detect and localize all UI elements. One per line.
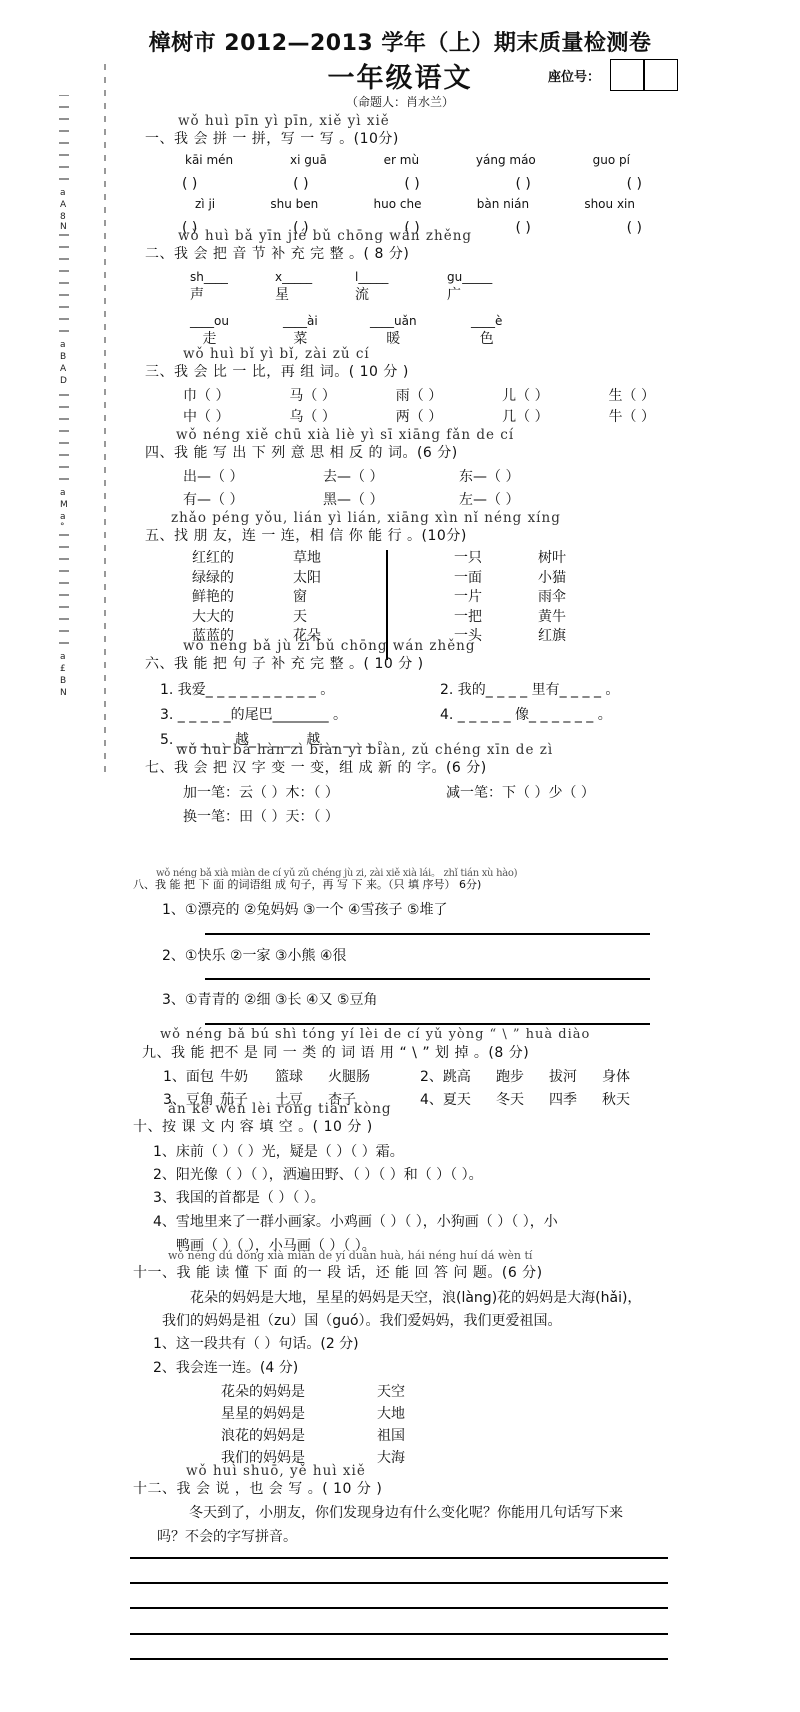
- q10-pinyin: àn kè wén lèi róng tián kòng: [168, 1101, 392, 1117]
- svg-text:B: B: [60, 676, 66, 686]
- q5-left-col-a: 红红的 绿绿的 鲜艳的 大大的 蓝蓝的: [192, 549, 234, 647]
- q5-left-col-b: 草地 太阳 窗 天 花朵: [293, 549, 321, 647]
- q4-item[interactable]: 出—（ ）: [183, 466, 323, 486]
- q12-pinyin: wǒ huì shuō, yě huì xiě: [186, 1463, 366, 1479]
- q1-answer-row-1: ( ) ( ) ( ) ( ) ( ): [182, 176, 642, 192]
- match-item[interactable]: 浪花的妈妈是: [221, 1425, 305, 1447]
- svg-text:°: °: [60, 522, 65, 532]
- q2-item: sh____声: [190, 270, 228, 304]
- q2-item: x_____星: [275, 270, 312, 304]
- svg-text:N: N: [60, 222, 67, 232]
- match-item[interactable]: 黄牛: [538, 608, 566, 628]
- svg-text:N: N: [60, 688, 67, 698]
- q6-item-2[interactable]: 2. 我的_ _ _ _ 里有_ _ _ _ 。: [440, 679, 619, 699]
- q1-word: yáng máo: [476, 153, 536, 167]
- match-item[interactable]: 太阳: [293, 569, 321, 589]
- binding-dash-lines: aA8N aBAD aMa° a£BN: [55, 95, 75, 715]
- q5-heading: 五、找 朋 友，连 一 连，相 信 你 能 行 。(10分): [145, 525, 467, 545]
- seat-number-label: 座位号：: [548, 66, 600, 85]
- q9-pinyin: wǒ néng bǎ bú shì tóng yí lèi de cí yǔ y…: [160, 1027, 590, 1042]
- q9-word[interactable]: 2、跳高: [420, 1066, 496, 1086]
- q1-pinyin-row-1: kāi mén xi guā er mù yáng máo guo pí: [185, 153, 630, 167]
- q1-word: kāi mén: [185, 153, 233, 167]
- q4-item[interactable]: 东—（ ）: [459, 469, 519, 485]
- match-item[interactable]: 一只: [454, 549, 482, 569]
- match-item[interactable]: 红旗: [538, 627, 566, 647]
- q10-heading: 十、按 课 文 内 容 填 空 。( 10 分 ): [133, 1116, 373, 1136]
- match-item[interactable]: 天: [293, 608, 321, 628]
- answer-blank[interactable]: ( ): [515, 176, 530, 192]
- q9-word[interactable]: 拔河: [549, 1066, 602, 1086]
- q2-item: l_____流: [355, 270, 388, 304]
- q2-item: ____ài菜: [283, 314, 318, 348]
- q2-pinyin: wǒ huì bǎ yīn jié bǔ chōng wán zhěng: [178, 228, 472, 244]
- q10-item-4[interactable]: 4、雪地里来了一群小画家。小鸡画（ ）（ ），小狗画（ ）（ ），小: [153, 1211, 558, 1231]
- q8-item-3: 3、①青青的 ②细 ③长 ④又 ⑤豆角: [162, 989, 377, 1009]
- q11-pinyin: wǒ néng dú dǒng xià miàn de yí duàn huà,…: [168, 1249, 532, 1262]
- svg-text:a: a: [60, 512, 66, 522]
- q9-heading: 九、我 能 把不 是 同 一 类 的 词 语 用 “ \ ” 划 掉 。(8 分…: [142, 1042, 529, 1062]
- match-item[interactable]: 大海: [377, 1447, 405, 1469]
- exam-subtitle: 一年级语文: [0, 56, 800, 95]
- match-item[interactable]: 一把: [454, 608, 482, 628]
- q3-row-1: 巾（ ） 马（ ） 雨（ ） 儿（ ） 生（ ）: [183, 385, 655, 405]
- q4-pinyin: wǒ néng xiě chū xià liè yì sī xiāng fǎn …: [176, 427, 514, 443]
- q7-add-stroke[interactable]: 加一笔：云（ ）木：（ ）: [183, 782, 446, 802]
- svg-text:a: a: [60, 488, 66, 498]
- svg-text:£: £: [60, 664, 66, 674]
- q7-row-1: 加一笔：云（ ）木：（ ）减一笔：下（ ）少（ ）: [183, 782, 595, 802]
- match-item[interactable]: 天空: [377, 1381, 405, 1403]
- svg-text:M: M: [60, 500, 68, 510]
- match-item[interactable]: 绿绿的: [192, 569, 234, 589]
- q1-pinyin-row-2: zì ji shu ben huo che bàn nián shou xin: [195, 197, 635, 211]
- answer-blank[interactable]: ( ): [293, 176, 308, 192]
- match-item[interactable]: 一面: [454, 569, 482, 589]
- svg-text:a: a: [60, 340, 66, 350]
- q1-word: shu ben: [270, 197, 318, 211]
- q6-item-4[interactable]: 4. _ _ _ _ _ 像_ _ _ _ _ _ 。: [440, 704, 612, 724]
- q9-row-1: 1、面包牛奶篮球火腿肠2、跳高跑步拔河身体: [163, 1066, 630, 1086]
- q10-item-2[interactable]: 2、阳光像（ ）（ ），洒遍田野、（ ）（ ）和（ ）（ ）。: [153, 1164, 483, 1184]
- match-item[interactable]: 一片: [454, 588, 482, 608]
- q4-item[interactable]: 黑—（ ）: [323, 489, 459, 509]
- q8-heading: 八、我 能 把 下 面 的词语组 成 句子，再 写 下 来。（只 填 序号） 6…: [133, 876, 481, 892]
- q1-word: er mù: [384, 153, 419, 167]
- svg-text:8: 8: [60, 212, 66, 222]
- q5-pinyin: zhǎo péng yǒu, lián yì lián, xiāng xìn n…: [171, 510, 561, 526]
- match-item[interactable]: 红红的: [192, 549, 234, 569]
- q11-passage-line-1: 花朵的妈妈是大地，星星的妈妈是天空，浪(làng)花的妈妈是大海(hǎi)，: [190, 1287, 641, 1307]
- q7-row-2[interactable]: 换一笔：田（ ）天：（ ）: [183, 806, 339, 826]
- q12-heading: 十二、我 会 说 ，也 会 写 。( 10 分 ): [133, 1478, 382, 1498]
- match-item[interactable]: 祖国: [377, 1425, 405, 1447]
- binding-strip: aA8N aBAD aMa° a£BN: [55, 95, 75, 715]
- match-item[interactable]: 小猫: [538, 569, 566, 589]
- q4-heading: 四、我 能 写 出 下 列 意 思 相 反 的 词。(6 分): [145, 442, 458, 462]
- q9-word[interactable]: 冬天: [496, 1089, 549, 1109]
- q1-word: shou xin: [584, 197, 635, 211]
- q7-pinyin: wǒ huì bǎ hàn zì biàn yì biàn, zǔ chéng …: [176, 742, 553, 758]
- q11-match-right: 天空 大地 祖国 大海: [377, 1381, 405, 1469]
- answer-blank[interactable]: ( ): [627, 220, 642, 236]
- q4-item[interactable]: 有—（ ）: [183, 489, 323, 509]
- q2-heading: 二、我 会 把 音 节 补 充 完 整 。( 8 分): [145, 243, 409, 263]
- q3-item[interactable]: 几（ ）: [502, 406, 548, 426]
- answer-blank[interactable]: ( ): [404, 176, 419, 192]
- writing-line-3[interactable]: [130, 1607, 668, 1609]
- q9-word[interactable]: 牛奶: [220, 1066, 275, 1086]
- match-item[interactable]: 花朵的妈妈是: [221, 1381, 305, 1403]
- svg-text:A: A: [60, 364, 67, 374]
- q9-word[interactable]: 火腿肠: [328, 1066, 420, 1086]
- q2-item: ____è色: [471, 314, 502, 348]
- answer-blank[interactable]: ( ): [182, 176, 197, 192]
- match-item[interactable]: 草地: [293, 549, 321, 569]
- svg-text:a: a: [60, 188, 66, 198]
- q9-word[interactable]: 四季: [549, 1089, 602, 1109]
- q1-heading: 一、我 会 拼 一 拼，写 一 写 。(10分): [145, 128, 399, 148]
- q11-match-left: 花朵的妈妈是 星星的妈妈是 浪花的妈妈是 我们的妈妈是: [221, 1381, 305, 1469]
- writing-line-2[interactable]: [130, 1582, 668, 1584]
- q2-item: ____ou走: [190, 314, 229, 348]
- q1-word: zì ji: [195, 197, 215, 211]
- q9-word[interactable]: 篮球: [275, 1066, 328, 1086]
- match-item[interactable]: 大地: [377, 1403, 405, 1425]
- q9-word[interactable]: 1、面包: [163, 1066, 220, 1086]
- q1-pinyin: wǒ huì pīn yì pīn, xiě yì xiě: [178, 113, 390, 129]
- q2-item: ____uǎn暖: [370, 314, 417, 348]
- q3-heading: 三、我 会 比 一 比，再 组 词。( 10 分 ): [145, 361, 409, 381]
- q12-prompt-line-2: 吗？不会的字写拼音。: [157, 1526, 297, 1546]
- q1-word: xi guā: [290, 153, 327, 167]
- q8-answer-line-2[interactable]: [205, 978, 650, 980]
- q7-remove-stroke[interactable]: 减一笔：下（ ）少（ ）: [446, 785, 595, 801]
- q3-item[interactable]: 中（ ）: [183, 406, 229, 426]
- q11-passage-line-2: 我们的妈妈是祖（zu）国（guó）。我们爱妈妈，我们更爱祖国。: [162, 1310, 562, 1330]
- q4-row-1: 出—（ ）去—（ ）东—（ ）: [183, 466, 519, 486]
- match-item[interactable]: 星星的妈妈是: [221, 1403, 305, 1425]
- match-item[interactable]: 窗: [293, 588, 321, 608]
- q3-item[interactable]: 乌（ ）: [289, 406, 335, 426]
- seat-number-box[interactable]: [610, 59, 678, 91]
- q7-heading: 七、我 会 把 汉 字 变 一 变，组 成 新 的 字。(6 分): [145, 757, 487, 777]
- q6-pinyin: wǒ néng bǎ jù zi bǔ chōng wán zhěng: [183, 638, 476, 654]
- q9-word[interactable]: 身体: [602, 1069, 630, 1085]
- match-item[interactable]: 雨伞: [538, 588, 566, 608]
- q9-word[interactable]: 跑步: [496, 1066, 549, 1086]
- q3-item[interactable]: 牛（ ）: [609, 406, 655, 426]
- q5-right-col-b: 树叶 小猫 雨伞 黄牛 红旗: [538, 549, 566, 647]
- q3-item[interactable]: 雨（ ）: [396, 385, 442, 405]
- q11-heading: 十一、我 能 读 懂 下 面 的一 段 话，还 能 回 答 问 题。(6 分): [133, 1262, 543, 1282]
- q1-word: bàn nián: [477, 197, 529, 211]
- writing-line-1[interactable]: [130, 1557, 668, 1559]
- match-item[interactable]: 大大的: [192, 608, 234, 628]
- seat-box-divider: [643, 60, 645, 90]
- answer-blank[interactable]: ( ): [515, 220, 530, 236]
- q11-sub-question-1[interactable]: 1、这一段共有（ ）句话。(2 分): [153, 1333, 359, 1353]
- q3-item[interactable]: 马（ ）: [289, 385, 335, 405]
- exam-author: （命题人：肖水兰）: [0, 93, 800, 110]
- q3-item[interactable]: 儿（ ）: [502, 385, 548, 405]
- q2-item: gu_____广: [447, 270, 492, 304]
- svg-text:a: a: [60, 652, 66, 662]
- q4-item[interactable]: 去—（ ）: [323, 466, 459, 486]
- match-item[interactable]: 鲜艳的: [192, 588, 234, 608]
- q3-item[interactable]: 巾（ ）: [183, 385, 229, 405]
- q8-item-2: 2、①快乐 ②一家 ③小熊 ④很: [162, 945, 346, 965]
- svg-text:B: B: [60, 352, 66, 362]
- q6-item-3[interactable]: 3. _ _ _ _ _的尾巴________ 。: [160, 704, 347, 724]
- q3-row-2: 中（ ） 乌（ ） 两（ ） 几（ ） 牛（ ）: [183, 406, 655, 426]
- q6-item-1[interactable]: 1. 我爱_ _ _ _ _ _ _ _ _ _ 。: [160, 679, 334, 699]
- q1-word: guo pí: [593, 153, 630, 167]
- writing-line-5[interactable]: [130, 1658, 668, 1660]
- match-item[interactable]: 树叶: [538, 549, 566, 569]
- q5-right-col-a: 一只 一面 一片 一把 一头: [454, 549, 482, 647]
- q9-word[interactable]: 秋天: [602, 1092, 630, 1108]
- svg-text:A: A: [60, 200, 67, 210]
- q8-answer-line-1[interactable]: [205, 933, 650, 935]
- q10-item-1[interactable]: 1、床前（ ）（ ）光，疑是（ ）（ ）霜。: [153, 1141, 404, 1161]
- q10-item-3[interactable]: 3、我国的首都是（ ）（ ）。: [153, 1187, 325, 1207]
- q4-row-2: 有—（ ）黑—（ ）左—（ ）: [183, 489, 519, 509]
- q9-word[interactable]: 4、夏天: [420, 1089, 496, 1109]
- q4-item[interactable]: 左—（ ）: [459, 492, 519, 508]
- q8-item-1: 1、①漂亮的 ②兔妈妈 ③一个 ④雪孩子 ⑤堆了: [162, 899, 447, 919]
- q12-prompt-line-1: 冬天到了，小朋友，你们发现身边有什么变化呢？你能用几句话写下来: [189, 1502, 623, 1522]
- answer-blank[interactable]: ( ): [627, 176, 642, 192]
- q3-pinyin: wǒ huì bǐ yì bǐ, zài zǔ cí: [183, 346, 370, 362]
- svg-text:D: D: [60, 376, 67, 386]
- q3-item[interactable]: 两（ ）: [396, 406, 442, 426]
- exam-title: 樟树市 2012—2013 学年（上）期末质量检测卷: [0, 26, 800, 57]
- q1-word: huo che: [374, 197, 422, 211]
- q11-sub-question-2: 2、我会连一连。(4 分): [153, 1357, 298, 1377]
- q3-item[interactable]: 生（ ）: [609, 385, 655, 405]
- writing-line-4[interactable]: [130, 1633, 668, 1635]
- q6-heading: 六、我 能 把 句 子 补 充 完 整 。( 10 分 ): [145, 653, 424, 673]
- q8-answer-line-3[interactable]: [205, 1023, 650, 1025]
- binding-dotted-line: [100, 60, 110, 780]
